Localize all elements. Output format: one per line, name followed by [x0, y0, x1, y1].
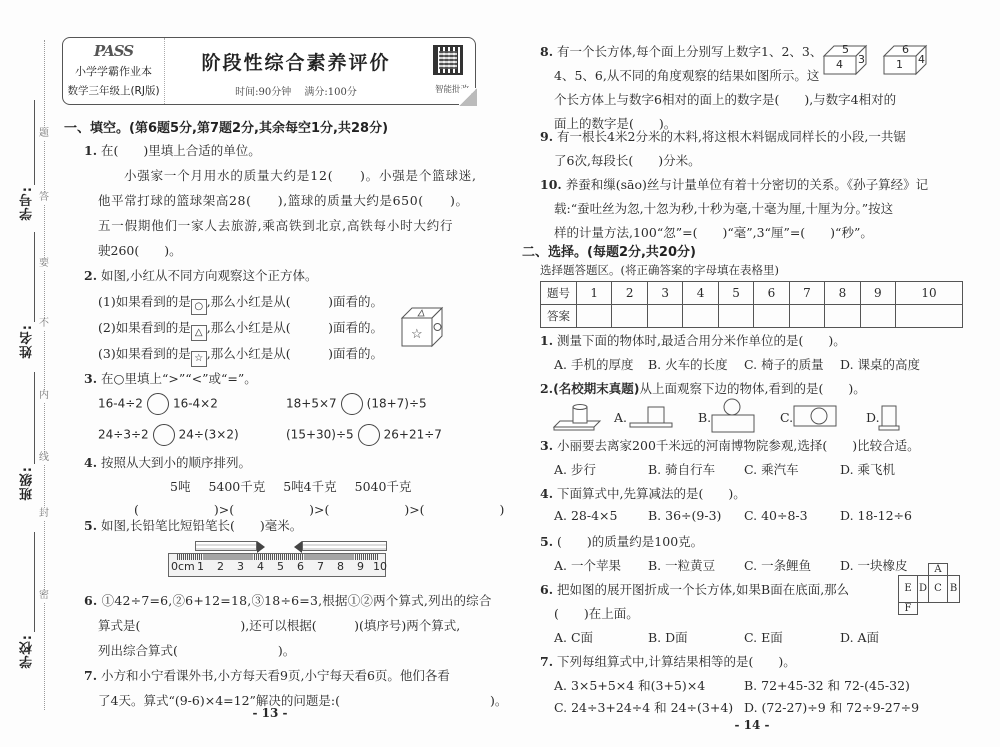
mc-q5-option-b[interactable]: B. 一粒黄豆 [648, 556, 715, 574]
mc-q2-option-a[interactable]: A. [614, 410, 627, 425]
mc-q7-option-a[interactable]: A. 3×5+5×4 和(3+5)×4 [554, 676, 705, 694]
compare-circle[interactable] [341, 393, 363, 415]
answer-cell[interactable] [860, 305, 895, 328]
answer-cell[interactable] [718, 305, 753, 328]
answer-table: 题号 1 2 3 4 5 6 7 8 9 10 答案 [540, 281, 963, 328]
left-page: 题 答 要 不 内 线 封 密 学号: 姓名: 班级: 学校: PASS 小学学… [0, 0, 500, 747]
exam-time: 时间:90分钟 [235, 87, 291, 98]
school-line[interactable] [34, 532, 35, 632]
q2-item-2: (2)如果看到的是△,那么小红是从( )面看的。 [98, 318, 383, 341]
answer-cell[interactable] [896, 305, 963, 328]
mc-q4-option-a[interactable]: A. 28-4×5 [554, 508, 617, 523]
seal-word: 内 [38, 390, 50, 402]
table-row: 题号 1 2 3 4 5 6 7 8 9 10 [541, 282, 963, 305]
q3-prompt: 3. 在○里填上“>”“<”或“=”。 [84, 369, 257, 387]
cuboid-view-2: 6 1 4 [882, 44, 928, 76]
q7-line: 了4天。算式“(9-6)×4=12”解决的问题是:( )。 [98, 691, 507, 709]
mc-q6-prompt2: ( )在上面。 [554, 604, 639, 622]
q2-item-3: (3)如果看到的是☆,那么小红是从( )面看的。 [98, 344, 383, 367]
q8-line: 个长方体上与数字6相对的面上的数字是( ),与数字4相对的 [554, 90, 896, 108]
mc-q2-option-c[interactable]: C. [780, 410, 793, 425]
seal-word: 线 [38, 452, 50, 464]
seal-word: 封 [38, 508, 50, 520]
q6-line: 算式是( ),还可以根据( )(填序号)两个算式, [98, 616, 460, 634]
mc-q5-prompt: 5. ( )的质量约是100克。 [540, 532, 703, 550]
q8-line: 8. 有一个长方体,每个面上分别写上数字1、2、3、 [540, 42, 822, 60]
q6-line: 列出综合算式( )。 [98, 641, 295, 659]
object-figure [552, 403, 602, 431]
q6-line: 6. ①42÷7=6,②6+12=18,③18÷6=3,根据①②两个算式,列出的… [84, 591, 492, 609]
svg-text:☆: ☆ [411, 327, 423, 342]
mc-q6-option-a[interactable]: A. C面 [554, 628, 593, 646]
exam-title: 阶段性综合素养评价 [171, 48, 421, 75]
mc-q7-prompt: 7. 下列每组算式中,计算结果相等的是( )。 [540, 652, 796, 670]
q1-line: 五一假期他们一家人去旅游,乘高铁到北京,高铁每小时大约行 [98, 216, 453, 234]
mc-q7-option-c[interactable]: C. 24÷3+24÷4 和 24÷(3+4) [554, 698, 733, 716]
mc-q6-option-d[interactable]: D. A面 [840, 628, 879, 646]
cube-diagram: ☆ [400, 306, 444, 348]
pencil-tip [257, 541, 265, 553]
mc-q4-option-c[interactable]: C. 40÷8-3 [744, 508, 808, 523]
page-fold-corner [459, 88, 477, 106]
mc-q1-option-c[interactable]: C. 椅子的质量 [744, 355, 824, 373]
name-label: 姓名: [18, 324, 37, 358]
student-id-label: 学号: [18, 186, 37, 220]
seal-word: 不 [38, 318, 50, 330]
q5-prompt: 5. 如图,长铅笔比短铅笔长( )毫米。 [84, 516, 302, 534]
seal-word: 答 [38, 192, 50, 204]
mc-q6-prompt: 6. 把如图的展开图折成一个长方体,如果B面在底面,那么 [540, 580, 849, 598]
exam-full-score: 满分:100分 [304, 87, 356, 98]
section1-title: 一、填空。(第6题5分,第7题2分,其余每空1分,共28分) [64, 117, 388, 136]
class-label: 班级: [18, 466, 37, 500]
answer-cell[interactable] [647, 305, 682, 328]
long-pencil [302, 541, 387, 551]
edition: 数学三年级上(RJ版) [63, 83, 164, 98]
section2-title: 二、选择。(每题2分,共20分) [522, 241, 696, 260]
brand-name: 小学学霸作业本 [63, 63, 164, 79]
q9-line: 了6次,每段长( )分米。 [554, 151, 701, 169]
q9-line: 9. 有一根长4米2分米的木料,将这根木料锯成同样长的小段,一共锯 [540, 127, 906, 145]
option-d-figure [878, 404, 900, 432]
mc-q4-option-b[interactable]: B. 36÷(9-3) [648, 508, 721, 523]
mc-q3-option-c[interactable]: C. 乘汽车 [744, 460, 799, 478]
mc-q1-option-d[interactable]: D. 课桌的高度 [840, 355, 920, 373]
mc-q3-option-d[interactable]: D. 乘飞机 [840, 460, 895, 478]
mc-q3-option-a[interactable]: A. 步行 [554, 460, 596, 478]
pencil-tip [294, 541, 302, 553]
qr-code-icon[interactable] [433, 45, 463, 75]
option-b-figure [710, 398, 756, 434]
q1-line: 他平常打球的篮球架高28( ),篮球的质量大约是650( )。 [98, 191, 469, 209]
name-line[interactable] [34, 232, 35, 322]
q7-line: 7. 小方和小宁看课外书,小方每天看9页,小宁每天看6页。他们各看 [84, 666, 450, 684]
mc-q1-option-a[interactable]: A. 手机的厚度 [554, 355, 633, 373]
pass-logo: PASS [63, 42, 164, 60]
q3-compare-4: (15+30)÷526+21÷7 [286, 424, 442, 446]
q1-prompt: 1. 在( )里填上合适的单位。 [84, 141, 261, 159]
compare-circle[interactable] [147, 393, 169, 415]
mc-q3-option-b[interactable]: B. 骑自行车 [648, 460, 715, 478]
q1-line: 驶260( )。 [98, 241, 182, 259]
q8-line: 4、5、6,从不同的角度观察的结果如图所示。这 [554, 66, 819, 84]
page-number: - 13 - [240, 706, 300, 720]
circle-face-icon: ○ [191, 299, 207, 315]
mc-q6-option-b[interactable]: B. D面 [648, 628, 688, 646]
q1-line: 小强家一个月用水的质量大约是12( )。小强是个篮球迷, [124, 166, 477, 184]
cuboid-view-1: 5 4 3 [822, 44, 868, 76]
seal-word: 要 [38, 258, 50, 270]
answer-cell[interactable] [612, 305, 647, 328]
option-a-figure [628, 405, 674, 429]
q2-prompt: 2. 如图,小红从不同方向观察这个正方体。 [84, 266, 318, 284]
school-label: 学校: [18, 634, 37, 668]
compare-circle[interactable] [358, 424, 380, 446]
q10-line: 载:“蚕吐丝为忽,十忽为秒,十秒为毫,十毫为厘,十厘为分。”按这 [554, 199, 893, 217]
q3-compare-1: 16-4÷216-4×2 [98, 393, 218, 415]
star-face-icon: ☆ [191, 351, 207, 367]
mc-q2-prompt: 2.(名校期末真题)从上面观察下边的物体,看到的是( )。 [540, 379, 866, 397]
exam-meta: 时间:90分钟 满分:100分 [171, 83, 421, 98]
q3-compare-3: 24÷3÷224÷(3×2) [98, 424, 239, 446]
exam-header: PASS 小学学霸作业本 数学三年级上(RJ版) 阶段性综合素养评价 时间:90… [62, 37, 476, 105]
q4-values: 5吨 5400千克 5吨4千克 5040千克 [170, 477, 411, 495]
right-page: 8. 有一个长方体,每个面上分别写上数字1、2、3、 4、5、6,从不同的角度观… [500, 0, 1000, 747]
answer-cell[interactable] [754, 305, 789, 328]
class-line[interactable] [34, 372, 35, 464]
q3-compare-2: 18+5×7(18+7)÷5 [286, 393, 427, 415]
mc-q6-option-c[interactable]: C. E面 [744, 628, 783, 646]
table-row: 答案 [541, 305, 963, 328]
q10-line: 10. 养蚕和缫(sāo)丝与计量单位有着十分密切的关系。《孙子算经》记 [540, 175, 928, 193]
mc-q1-prompt: 1. 测量下面的物体时,最适合用分米作单位的是( )。 [540, 331, 846, 349]
short-pencil [195, 541, 257, 551]
mc-q3-prompt: 3. 小丽要去离家200千米远的河南博物院参观,选择( )比较合适。 [540, 436, 920, 454]
option-c-figure [793, 405, 837, 427]
mc-q7-option-d[interactable]: D. (72-27)÷9 和 72÷9-27÷9 [744, 698, 919, 716]
triangle-face-icon: △ [191, 325, 207, 341]
seal-word: 题 [38, 128, 50, 140]
answer-cell[interactable] [789, 305, 824, 328]
mc-q1-option-b[interactable]: B. 火车的长度 [648, 355, 728, 373]
answer-cell[interactable] [825, 305, 860, 328]
cuboid-net-diagram: A E D C B F [898, 563, 960, 615]
binding-dotted-line [44, 40, 45, 710]
mc-q4-option-d[interactable]: D. 18-12÷6 [840, 508, 912, 523]
seal-word: 密 [38, 590, 50, 602]
answer-cell[interactable] [577, 305, 612, 328]
mc-q5-option-c[interactable]: C. 一条鲤鱼 [744, 556, 811, 574]
page-number: - 14 - [722, 718, 782, 732]
q2-item-1: (1)如果看到的是○,那么小红是从( )面看的。 [98, 292, 383, 315]
ruler: 0cm 1 2 3 4 5 6 7 8 9 10 [168, 553, 386, 577]
student-id-line[interactable] [34, 100, 35, 185]
q10-line: 样的计量方法,100“忽”=( )“毫”,3“厘”=( )“秒”。 [554, 223, 873, 241]
answer-area-note: 选择题答题区。(将正确答案的字母填在表格里) [540, 262, 779, 278]
mc-q5-option-a[interactable]: A. 一个苹果 [554, 556, 621, 574]
q4-prompt: 4. 按照从大到小的顺序排列。 [84, 453, 251, 471]
mc-q4-prompt: 4. 下面算式中,先算减法的是( )。 [540, 484, 746, 502]
answer-cell[interactable] [683, 305, 718, 328]
exam-tag: (名校期末真题) [553, 381, 639, 396]
compare-circle[interactable] [153, 424, 175, 446]
mc-q7-option-b[interactable]: B. 72+45-32 和 72-(45-32) [744, 676, 910, 694]
